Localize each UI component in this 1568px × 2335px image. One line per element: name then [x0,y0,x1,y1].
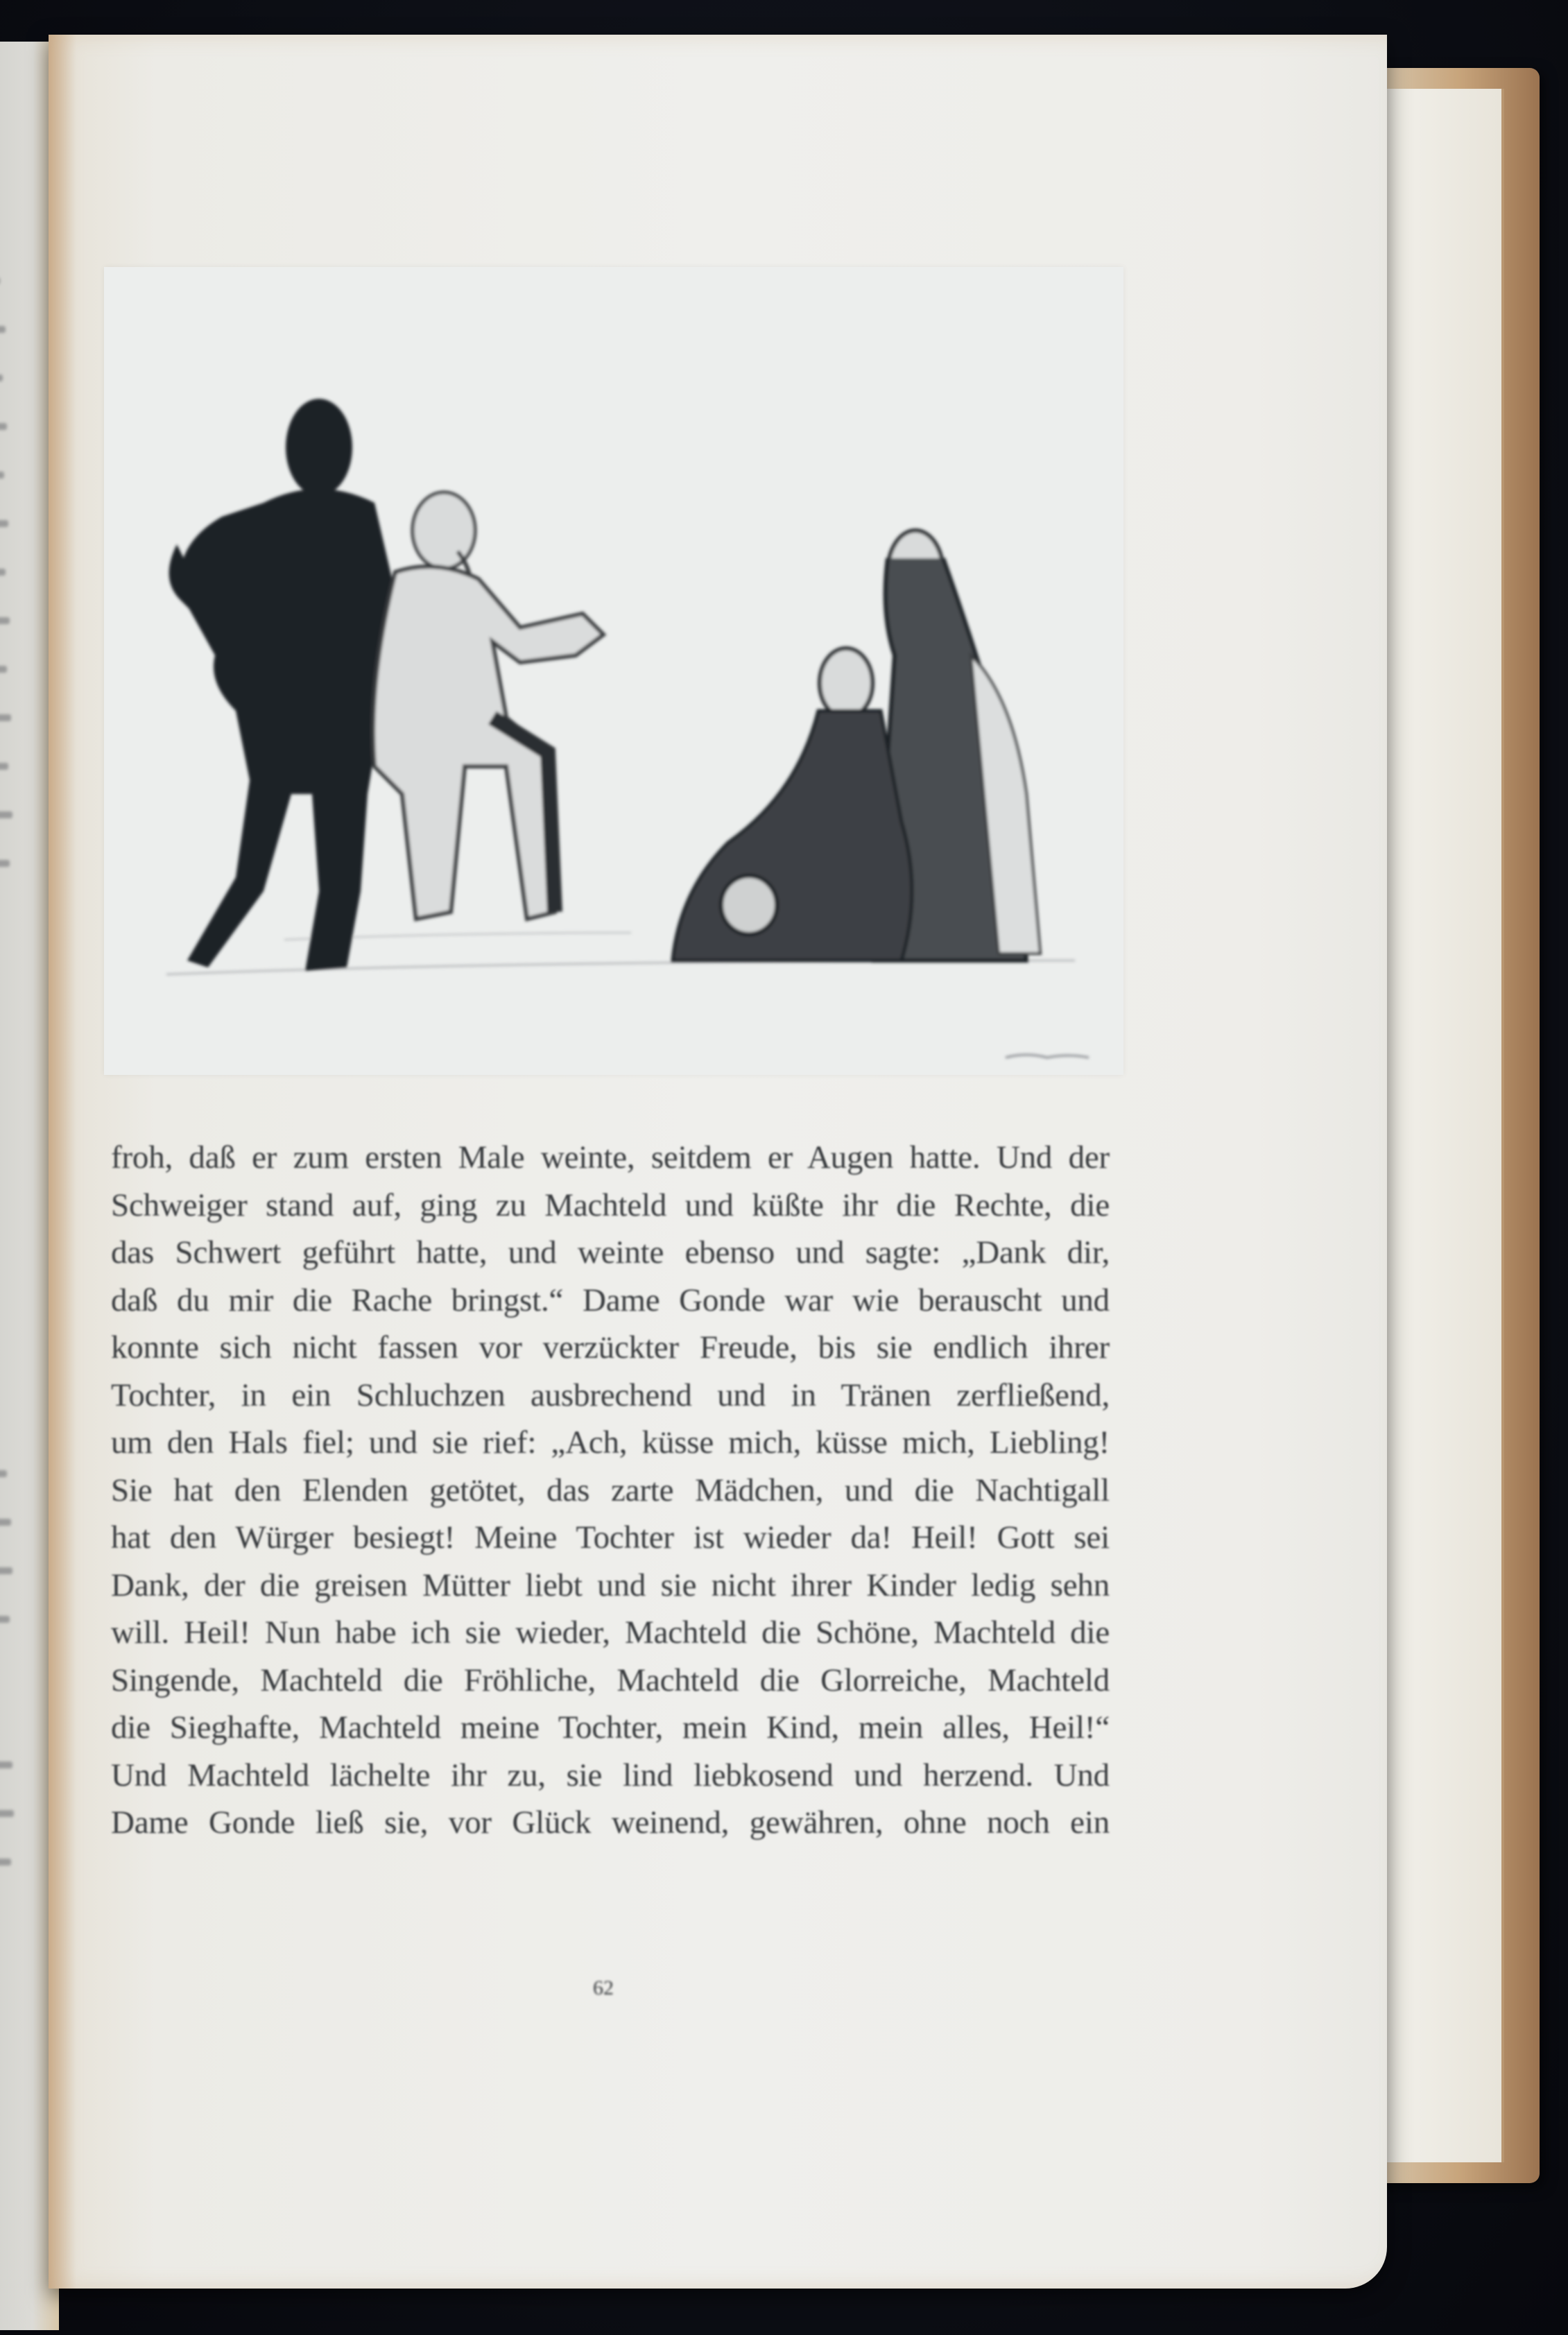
left-page-text-fragment [0,714,11,721]
text-line: Singende, Machteld die Fröhliche, Machte… [111,1657,1110,1705]
text-line: das Schwert geführt hatte, und weinte eb… [111,1229,1110,1277]
left-page-text-fragment [0,423,7,430]
left-page-text-fragment [0,1761,12,1768]
left-page-text-fragment [0,1810,14,1817]
left-page-text-fragment [0,374,3,381]
seated-old-man-figure [373,492,603,919]
page-number: 62 [579,1976,628,2000]
text-line: will. Heil! Nun habe ich sie wieder, Mac… [111,1609,1110,1657]
text-line: Schweiger stand auf, ging zu Machteld un… [111,1182,1110,1230]
etching-illustration [104,267,1123,1075]
left-page-text-fragment [0,326,6,333]
text-line: daß du mir die Rache bringst.“ Dame Gond… [111,1277,1110,1325]
left-page-text-fragment [0,666,7,673]
standing-man-figure [169,399,395,971]
left-page-text-fragment [0,1616,10,1623]
body-text: froh, daß er zum ersten Male weinte, sei… [111,1134,1110,1847]
left-page-text-fragment [0,569,6,576]
left-page-text-fragment [0,472,4,479]
left-page-text-fragment [0,860,10,867]
left-page-text-fragment [0,1859,11,1866]
page-gutter-shadow [49,35,76,2289]
text-line: die Sieghafte, Machteld meine Tochter, m… [111,1704,1110,1752]
text-line: Dame Gonde ließ sie, vor Glück weinend, … [111,1799,1110,1847]
text-line: konnte sich nicht fassen vor verzückter … [111,1324,1110,1372]
illustration-drawing [104,267,1123,1075]
left-page-text-fragment [0,1470,7,1477]
text-line: Sie hat den Elenden getötet, das zarte M… [111,1467,1110,1515]
left-page-text-fragment [0,617,10,624]
left-page-text-fragment [0,763,8,770]
severed-head [721,876,777,934]
artist-signature [1006,1055,1089,1058]
left-page-text-fragment [0,520,8,527]
text-line: hat den Würger besiegt! Meine Tochter is… [111,1514,1110,1562]
left-page-text-fragment [0,1519,11,1526]
kneeling-woman-figure [673,648,912,960]
left-page-text-fragment [0,1567,12,1574]
text-line: froh, daß er zum ersten Male weinte, sei… [111,1134,1110,1182]
text-line: Dank, der die greisen Mütter liebt und s… [111,1562,1110,1610]
text-line: um den Hals fiel; und sie rief: „Ach, kü… [111,1419,1110,1467]
text-line: Tochter, in ein Schluchzen ausbrechend u… [111,1372,1110,1420]
left-page-text-fragment [0,811,12,818]
text-line: Und Machteld lächelte ihr zu, sie lind l… [111,1752,1110,1800]
